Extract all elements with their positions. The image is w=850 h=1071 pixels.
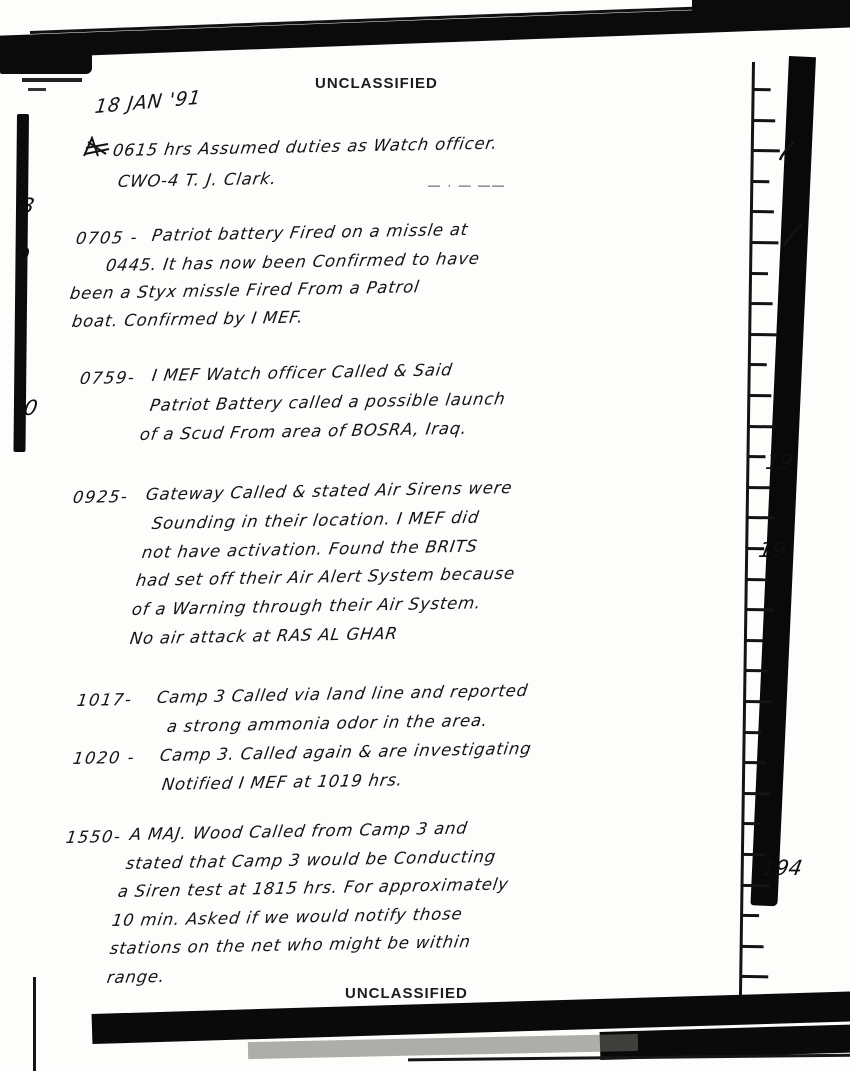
ruler-tick [748,425,776,428]
log-line: Notified I MEF at 1019 hrs. [161,770,405,794]
ruler-tick [749,333,777,336]
ruler-tick [742,853,765,856]
ruler-tick [744,731,762,734]
log-line: boat. Confirmed by I MEF. [71,308,305,332]
log-time: 1550- [65,827,123,847]
right-margin-fragment: 19 [757,538,788,562]
stray-pen-mark [778,140,798,162]
log-line: of a Scud From area of BOSRA, Iraq. [139,419,469,444]
ruled-edge-line [739,62,755,1008]
ruler-tick [747,486,770,489]
log-line: CWO-4 T. J. Clark. [117,169,278,191]
ruler-tick [748,394,771,397]
log-line: Gateway Called & stated Air Sirens were [145,478,514,504]
ruler-tick [743,792,771,795]
ruler-tick [745,639,763,642]
ruler-tick [743,761,766,764]
ruler-tick [750,241,778,244]
ruler-tick [747,516,775,519]
ruler-tick [740,975,768,978]
ruler-tick [741,945,764,948]
right-margin-fragment: 194 [760,856,804,880]
ruler-tick [746,578,769,581]
ruler-tick [752,149,780,152]
stray-dash-marks: — · — —— [428,178,506,192]
log-line: 10 min. Asked if we would notify those [111,904,464,930]
log-line: had set off their Air Alert System becau… [135,564,517,590]
log-line: I MEF Watch officer Called & Said [151,360,454,385]
log-line: of a Warning through their Air System. [131,593,483,619]
log-line: 0615 hrs Assumed duties as Watch officer… [112,134,499,160]
log-line: stated that Camp 3 would be Conducting [125,847,498,873]
log-time: 1017- [76,690,134,710]
ruler-tick [747,455,765,458]
log-line: Camp 3 Called via land line and reported [156,681,530,707]
ruler-tick [749,363,767,366]
scan-edge-top-right [692,0,850,27]
ruler-tick [751,210,774,213]
ruler-tick [752,119,775,122]
log-time: 0705 - [75,228,140,248]
log-line: No air attack at RAS AL GHAR [129,624,399,648]
left-margin-fragment: 3 [19,194,37,218]
scan-edge-bottom-left-line [33,977,36,1071]
ruler-tick [744,669,767,672]
ruler-tick [750,302,773,305]
right-margin-fragment: 19 [764,450,795,474]
log-line: Sounding in their location. I MEF did [151,508,481,533]
log-line: not have activation. Found the BRITS [141,537,479,562]
ruler-tick [750,272,768,275]
scribble-mark [82,136,112,160]
ruler-tick [745,608,773,611]
classification-stamp-bottom: UNCLASSIFIED [345,985,468,1002]
ruler-tick [751,180,769,183]
log-date: 18 JAN '91 [94,87,203,119]
log-time: 0925- [72,487,130,507]
log-time: 0759- [79,368,137,388]
ruler-tick [744,700,772,703]
scan-smudge [248,1034,638,1059]
stray-pen-mark [782,222,804,248]
scan-scuff-mark [28,88,46,91]
log-line: Patriot battery Fired on a missle at [151,220,470,245]
log-line: A MAJ. Wood Called from Camp 3 and [129,818,469,844]
log-line: a strong ammonia odor in the area. [166,711,490,736]
ruler-tick [753,88,771,91]
log-line: range. [106,967,167,987]
log-line: a Siren test at 1815 hrs. For approximat… [117,874,510,901]
left-margin-fragment: 0 [14,244,32,268]
scan-edge-top-left [0,44,92,74]
log-line: Camp 3. Called again & are investigating [159,739,533,765]
ruler-tick [741,884,769,887]
ruler-tick [741,914,759,917]
scan-scuff-mark [22,78,82,82]
log-line: stations on the net who might be within [109,932,472,958]
scanned-log-page: UNCLASSIFIED UNCLASSIFIED 18 JAN '91 061… [0,0,850,1071]
log-time: 1020 - [72,748,137,768]
log-line: Patriot Battery called a possible launch [149,389,507,415]
left-margin-fragment: 0 [22,396,40,420]
log-line: 0445. It has now been Confirmed to have [105,249,482,275]
ruler-tick [742,822,760,825]
classification-stamp-top: UNCLASSIFIED [315,75,438,92]
log-line: been a Styx missle Fired From a Patrol [69,277,421,303]
